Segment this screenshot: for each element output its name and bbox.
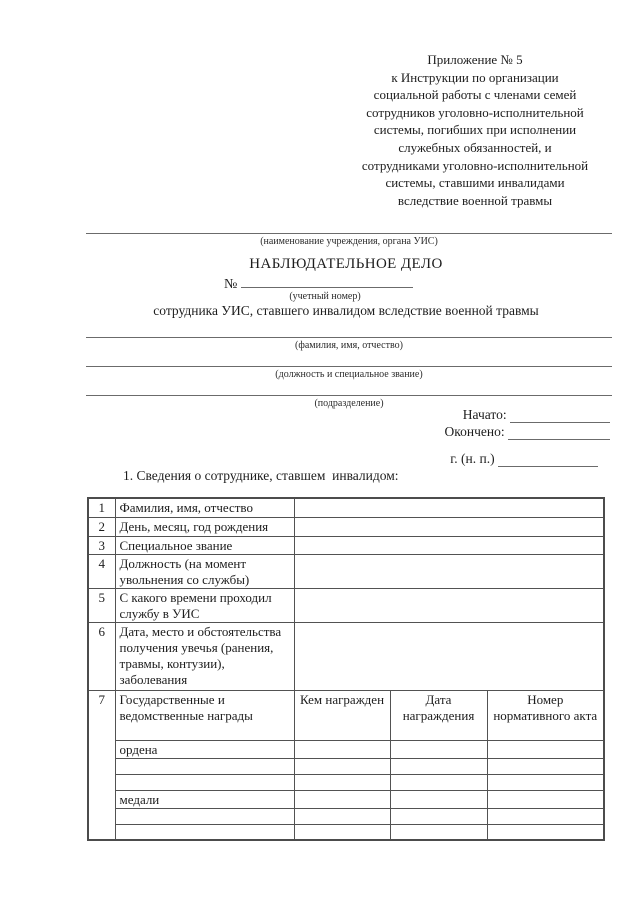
row-label-cell: Фамилия, имя, отчество [115,498,294,517]
finished-label: Окончено: [445,424,505,439]
row-value-cell [294,588,604,622]
org-name-blank-line [86,224,612,234]
started-label: Начато: [463,407,507,422]
awards-group-cell: ордена [115,740,294,758]
case-number-blank-line [241,274,413,288]
awards-blank-cell [115,774,294,790]
awards-blank-cell [115,808,294,824]
awards-blank-cell [487,808,604,824]
awards-blank-cell [487,740,604,758]
awards-header-row: 7 Государственные и ведомственные наград… [88,690,604,740]
awards-blank-cell [294,774,390,790]
row-number-cell: 3 [88,536,115,554]
unit-blank-line [86,387,612,396]
awards-group-row: ордена [88,740,604,758]
case-number-caption: (учетный номер) [238,291,412,302]
place-label: г. (н. п.) [450,451,494,466]
awards-blank-cell [390,808,487,824]
row-label-cell: День, месяц, год рождения [115,517,294,536]
table-row: 5 С какого времени проходил службу в УИС [88,588,604,622]
appendix-header: Приложение № 5 к Инструкции по организац… [336,51,614,209]
row-label-cell: С какого времени проходил службу в УИС [115,588,294,622]
awards-blank-row [88,774,604,790]
awards-blank-cell [294,808,390,824]
awards-blank-cell [294,824,390,840]
place-blank-line [498,452,598,467]
position-field: (должность и специальное звание) [86,358,612,380]
awards-blank-cell [390,740,487,758]
appendix-line: вследствие военной травмы [336,192,614,210]
appendix-line: Приложение № 5 [336,51,614,69]
fio-caption: (фамилия, имя, отчество) [86,338,612,351]
awards-blank-cell [487,790,604,808]
unit-field: (подразделение) [86,387,612,409]
appendix-line: сотрудниками уголовно-исполнительной [336,157,614,175]
case-subtitle: сотрудника УИС, ставшего инвалидом вслед… [86,303,606,319]
started-blank-line [510,408,610,423]
row-label-cell: Специальное звание [115,536,294,554]
awards-group-row: медали [88,790,604,808]
appendix-line: служебных обязанностей, и [336,139,614,157]
row-number-cell: 2 [88,517,115,536]
table-row: 6 Дата, место и обстоятельства получения… [88,622,604,690]
awards-blank-row [88,824,604,840]
case-number-label: № [224,277,237,292]
awards-col-header: Кем награжден [294,690,390,740]
row-label-cell: Должность (на момент увольнения со служб… [115,554,294,588]
row-value-cell [294,517,604,536]
awards-label-cell: Государственные и ведомственные награды [115,690,294,740]
awards-blank-cell [390,774,487,790]
awards-blank-cell [487,824,604,840]
awards-col-header: Дата награждения [390,690,487,740]
table-row: 4 Должность (на момент увольнения со слу… [88,554,604,588]
started-row: Начато: [86,407,610,423]
fio-field: (фамилия, имя, отчество) [86,329,612,351]
appendix-line: социальной работы с членами семей [336,86,614,104]
appendix-line: системы, погибших при исполнении [336,121,614,139]
awards-blank-cell [115,824,294,840]
row-value-cell [294,536,604,554]
appendix-line: к Инструкции по организации [336,69,614,87]
row-number-cell: 1 [88,498,115,517]
document-page: Приложение № 5 к Инструкции по организац… [0,0,640,905]
awards-blank-row [88,808,604,824]
row-number-cell: 5 [88,588,115,622]
awards-group-cell: медали [115,790,294,808]
awards-blank-cell [294,740,390,758]
awards-blank-cell [390,824,487,840]
place-row: г. (н. п.) [86,451,598,467]
table-row: 1 Фамилия, имя, отчество [88,498,604,517]
row-number-cell: 6 [88,622,115,690]
position-blank-line [86,358,612,367]
table-row: 3 Специальное звание [88,536,604,554]
awards-col-header: Номер нормативного акта [487,690,604,740]
fio-blank-line [86,329,612,338]
employee-info-table: 1 Фамилия, имя, отчество 2 День, месяц, … [87,497,605,841]
awards-blank-cell [487,758,604,774]
appendix-line: системы, ставшими инвалидами [336,174,614,192]
awards-blank-cell [294,758,390,774]
finished-blank-line [508,425,610,440]
row-value-cell [294,498,604,517]
awards-blank-cell [487,774,604,790]
row-value-cell [294,554,604,588]
row-label-cell: Дата, место и обстоятельства получения у… [115,622,294,690]
awards-blank-cell [390,790,487,808]
awards-blank-row [88,758,604,774]
awards-blank-cell [115,758,294,774]
awards-blank-cell [390,758,487,774]
table-row: 2 День, месяц, год рождения [88,517,604,536]
awards-number-cell: 7 [88,690,115,840]
case-title: НАБЛЮДАТЕЛЬНОЕ ДЕЛО [86,256,606,273]
position-caption: (должность и специальное звание) [86,367,612,380]
finished-row: Окончено: [86,424,610,440]
section1-heading: 1. Сведения о сотруднике, ставшем инвали… [123,468,399,484]
row-value-cell [294,622,604,690]
row-number-cell: 4 [88,554,115,588]
org-name-caption: (наименование учреждения, органа УИС) [86,234,612,247]
org-name-field: (наименование учреждения, органа УИС) [86,224,612,247]
appendix-line: сотрудников уголовно-исполнительной [336,104,614,122]
awards-blank-cell [294,790,390,808]
